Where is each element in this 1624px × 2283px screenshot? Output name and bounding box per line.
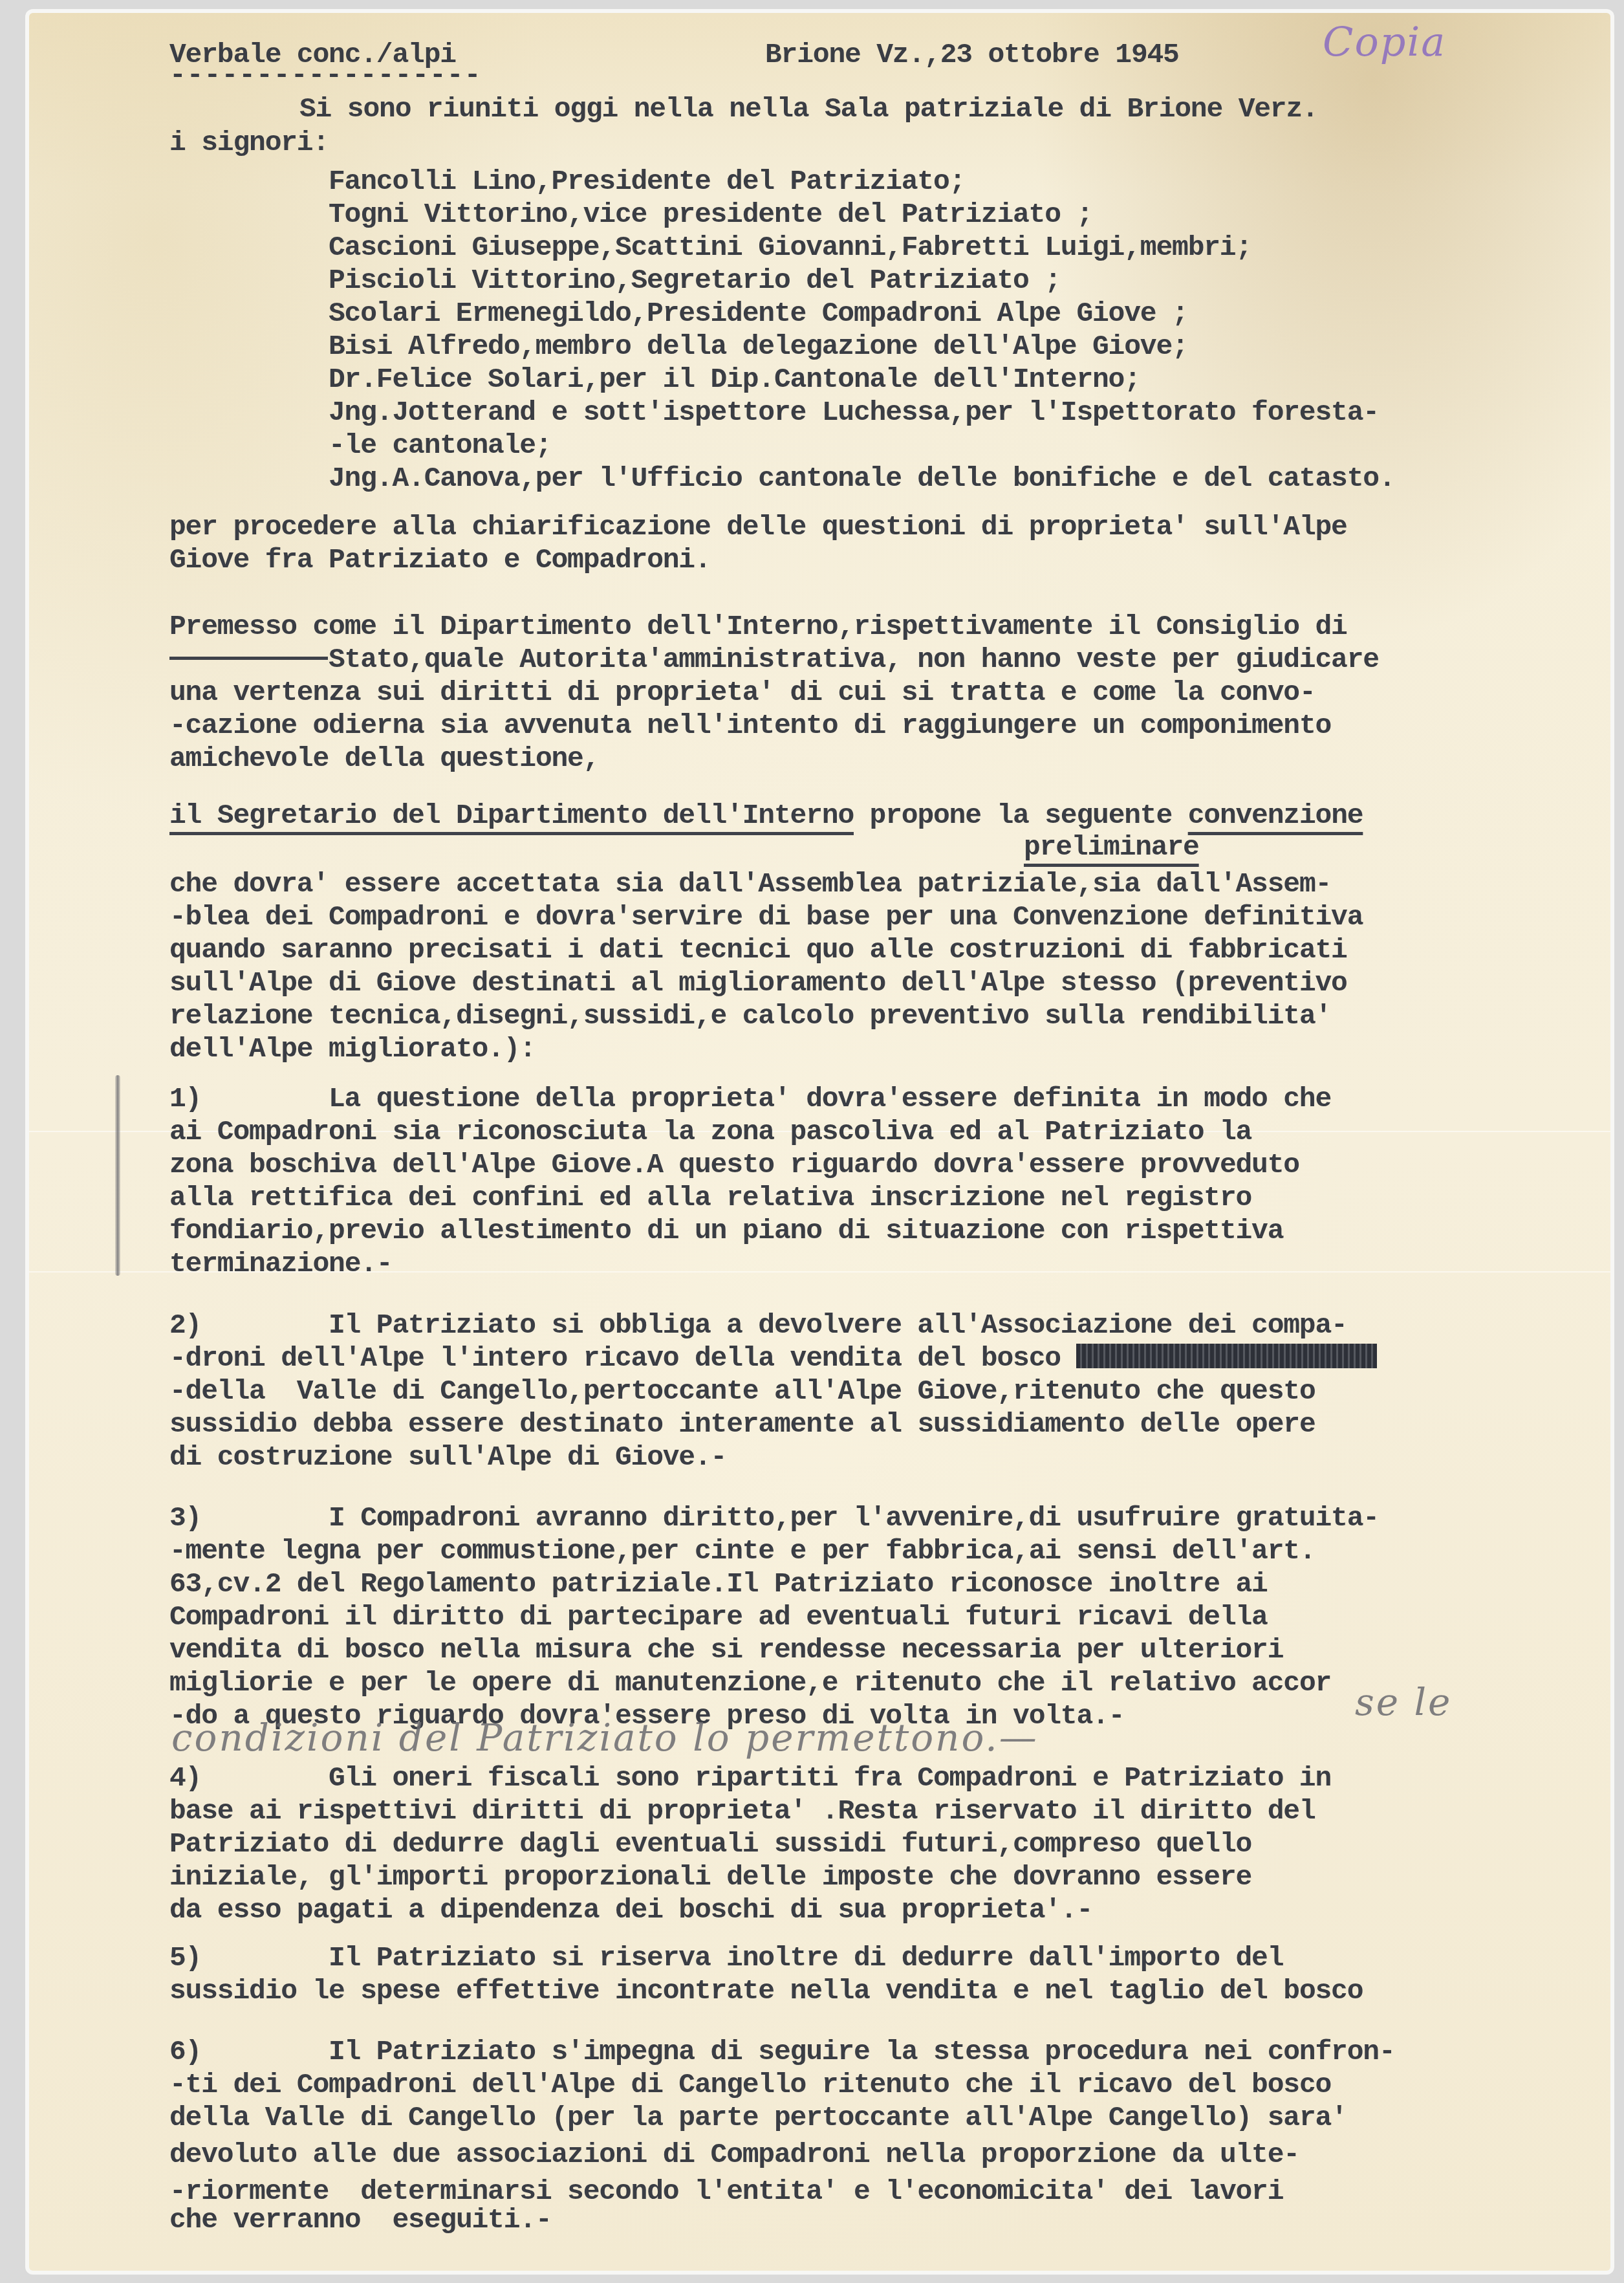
article-line: sussidio debba essere destinato interame… — [169, 1407, 1315, 1441]
proposal-line: relazione tecnica,disegni,sussidi,e calc… — [169, 999, 1331, 1033]
attendee: Togni Vittorino,vice presidente del Patr… — [329, 197, 1092, 232]
handwritten-addition-tail: se le — [1355, 1685, 1452, 1720]
typed-over-deletion — [1076, 1344, 1377, 1368]
article-line: da esso pagati a dipendenza dei boschi d… — [169, 1893, 1092, 1927]
premise-line: Stato,quale Autorita'amministrativa, non… — [329, 642, 1379, 677]
article-line: vendita di bosco nella misura che si ren… — [169, 1633, 1283, 1667]
proposal-line: che dovra' essere accettata sia dall'Ass… — [169, 867, 1331, 901]
article-line: iniziale, gl'importi proporzionali delle… — [169, 1860, 1251, 1894]
attendee: Bisi Alfredo,membro della delegazione de… — [329, 329, 1188, 364]
article-line: Il Patriziato s'impegna di seguire la st… — [329, 2035, 1394, 2069]
article-line: base ai rispettivi diritti di proprieta'… — [169, 1794, 1315, 1828]
article-number: 1) — [169, 1082, 201, 1116]
proposal-line: quando saranno precisati i dati tecnici … — [169, 933, 1347, 967]
article-line: La questione della proprieta' dovra'esse… — [329, 1082, 1331, 1116]
article-line: Compadroni il diritto di partecipare ad … — [169, 1600, 1268, 1634]
article-number: 6) — [169, 2035, 201, 2069]
purpose-line: Giove fra Patriziato e Compadroni. — [169, 543, 711, 577]
article-number: 3) — [169, 1501, 201, 1535]
intro-line-2: i signori: — [169, 126, 329, 160]
purpose-line: per procedere alla chiarificazione delle… — [169, 510, 1347, 544]
article-line: Il Patriziato si obbliga a devolvere all… — [329, 1308, 1347, 1342]
premise-line: Premesso come il Dipartimento dell'Inter… — [169, 609, 1347, 644]
attendee: Piscioli Vittorino,Segretario del Patriz… — [329, 263, 1061, 298]
article-line: devoluto alle due associazioni di Compad… — [169, 2137, 1299, 2172]
article-line: della Valle di Cangello (per la parte pe… — [169, 2101, 1347, 2135]
article-line: I Compadroni avranno diritto,per l'avven… — [329, 1501, 1379, 1535]
attendee: Jng.Jotterand e sott'ispettore Luchessa,… — [329, 395, 1379, 430]
article-line: -della Valle di Cangello,pertoccante all… — [169, 1374, 1315, 1408]
article-line: zona boschiva dell'Alpe Giove.A questo r… — [169, 1148, 1299, 1182]
copy-annotation: Copia — [1323, 25, 1446, 59]
inserted-preliminare: preliminare — [1024, 830, 1199, 864]
premise-line: una vertenza sui diritti di proprieta' d… — [169, 675, 1315, 710]
article-line: Gli oneri fiscali sono ripartiti fra Com… — [329, 1761, 1331, 1795]
proposal-line: sull'Alpe di Giove destinati al migliora… — [169, 966, 1347, 1000]
proposal-line: dell'Alpe migliorato.): — [169, 1032, 536, 1066]
article-number: 2) — [169, 1308, 201, 1342]
attendee: Scolari Ermenegildo,Presidente Compadron… — [329, 296, 1188, 331]
attendee: Dr.Felice Solari,per il Dip.Cantonale de… — [329, 362, 1140, 397]
article-line: fondiario,previo allestimento di un pian… — [169, 1214, 1283, 1248]
place-date: Brione Vz.,23 ottobre 1945 — [765, 38, 1179, 72]
convention-underlined: convenzione — [1188, 800, 1363, 831]
proposal-verb: propone la seguente — [854, 800, 1188, 831]
article-line: che verranno eseguiti.- — [169, 2203, 552, 2237]
article-line: migliorie e per le opere di manutenzione… — [169, 1666, 1331, 1700]
typed-letter: Verbale conc./alpi ------------------ Br… — [0, 0, 1624, 2283]
premise-line: amichevole della questione, — [169, 741, 599, 776]
article-line: Il Patriziato si riserva inoltre di dedu… — [329, 1941, 1283, 1975]
proposal-opening: il Segretario del Dipartimento dell'Inte… — [169, 798, 1363, 833]
proposer-underlined: il Segretario del Dipartimento dell'Inte… — [169, 800, 854, 831]
article-line: terminazione.- — [169, 1247, 392, 1281]
attendee: Cascioni Giuseppe,Scattini Giovanni,Fabr… — [329, 230, 1251, 265]
premise-indent-rule — [169, 657, 328, 660]
article-line: Patriziato di dedurre dagli eventuali su… — [169, 1827, 1251, 1861]
article-line: sussidio le spese effettive incontrate n… — [169, 1974, 1363, 2008]
attendee: Jng.A.Canova,per l'Ufficio cantonale del… — [329, 461, 1394, 496]
handwritten-addition-line: condizioni del Patriziato lo permettono.… — [171, 1721, 1039, 1755]
article-line: alla rettifica dei confini ed alla relat… — [169, 1181, 1251, 1215]
article-number: 4) — [169, 1761, 201, 1795]
article-line: di costruzione sull'Alpe di Giove.- — [169, 1440, 726, 1474]
premise-line: -cazione odierna sia avvenuta nell'inten… — [169, 708, 1331, 743]
article-line: -mente legna per commustione,per cinte e… — [169, 1534, 1315, 1568]
attendee: Fancolli Lino,Presidente del Patriziato; — [329, 164, 965, 199]
reference-underline: ------------------ — [169, 58, 481, 93]
proposal-line: -blea dei Compadroni e dovra'servire di … — [169, 900, 1363, 934]
attendee: -le cantonale; — [329, 428, 551, 463]
article-line: 63,cv.2 del Regolamento patriziale.Il Pa… — [169, 1567, 1268, 1601]
article-text: -droni dell'Alpe l'intero ricavo della v… — [169, 1342, 1061, 1374]
article-line: -ti dei Compadroni dell'Alpe di Cangello… — [169, 2068, 1331, 2102]
article-line: -droni dell'Alpe l'intero ricavo della v… — [169, 1341, 1377, 1375]
article-line: ai Compadroni sia riconosciuta la zona p… — [169, 1115, 1251, 1149]
intro-line-1: Si sono riuniti oggi nella nella Sala pa… — [299, 92, 1318, 126]
article-number: 5) — [169, 1941, 201, 1975]
pencil-margin-mark — [115, 1075, 120, 1276]
